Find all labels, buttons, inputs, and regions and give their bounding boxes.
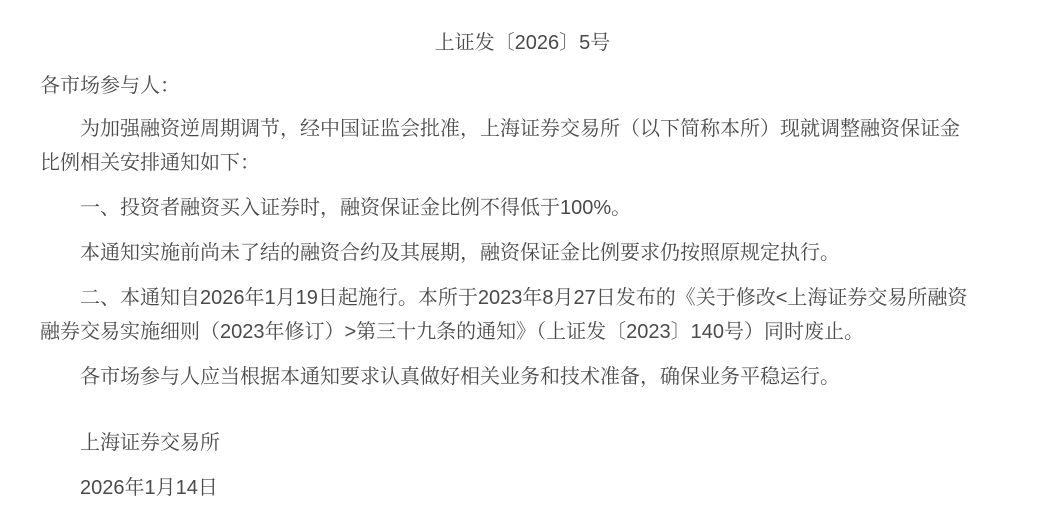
paragraph-transition-rule: 本通知实施前尚未了结的融资合约及其展期，融资保证金比例要求仍按照原规定执行。 [40, 236, 1005, 270]
document-number: 上证发〔2026〕5号 [40, 26, 1005, 60]
paragraph-closing: 各市场参与人应当根据本通知要求认真做好相关业务和技术准备，确保业务平稳运行。 [40, 360, 1005, 394]
paragraph-preamble: 为加强融资逆周期调节，经中国证监会批准，上海证券交易所（以下简称本所）现就调整融… [40, 112, 1005, 180]
signature-issuer: 上海证券交易所 [40, 426, 1005, 460]
salutation: 各市场参与人： [40, 69, 1005, 103]
notice-document: 上证发〔2026〕5号 各市场参与人： 为加强融资逆周期调节，经中国证监会批准，… [0, 0, 1045, 531]
paragraph-item-2: 二、本通知自2026年1月19日起施行。本所于2023年8月27日发布的《关于修… [40, 281, 1005, 349]
signature-date: 2026年1月14日 [40, 471, 1005, 505]
paragraph-item-1: 一、投资者融资买入证券时，融资保证金比例不得低于100%。 [40, 191, 1005, 225]
